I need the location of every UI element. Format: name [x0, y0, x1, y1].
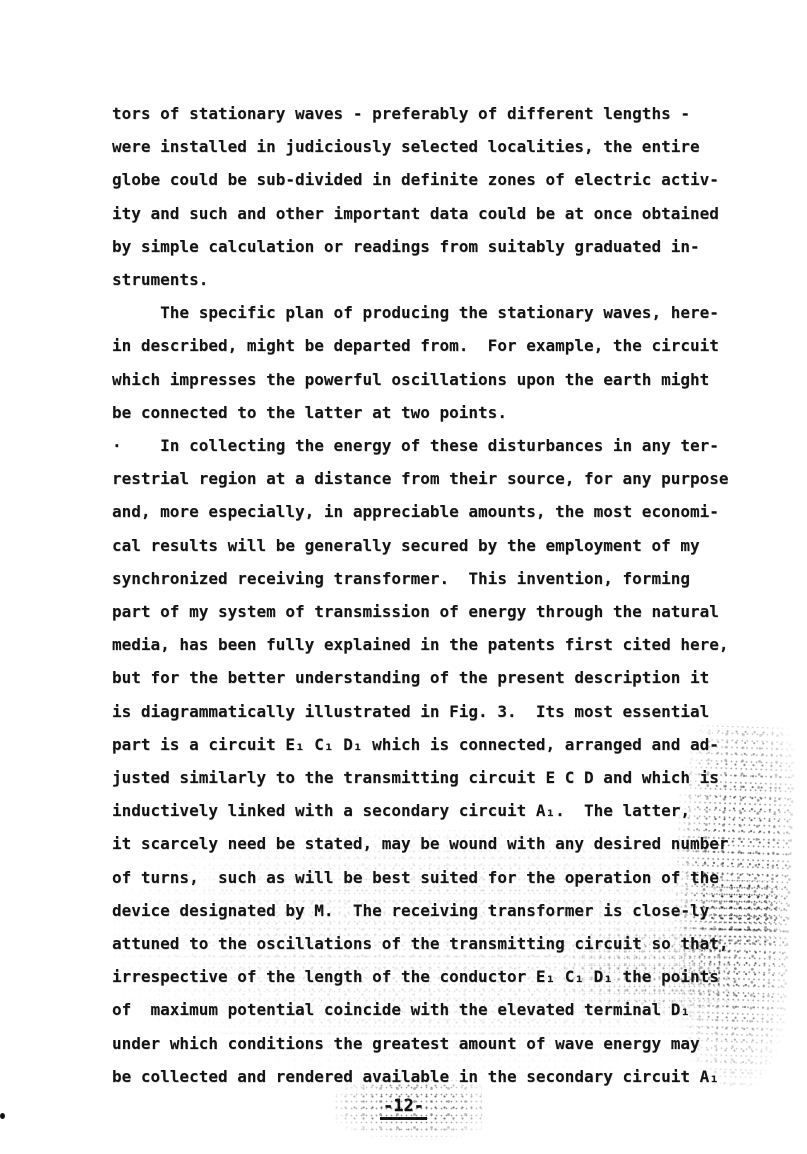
document-page: tors of stationary waves - preferably of…	[0, 0, 807, 1154]
text-line: media, has been fully explained in the p…	[112, 628, 772, 661]
text-line: device designated by M. The receiving tr…	[112, 894, 772, 927]
text-line: in described, might be departed from. Fo…	[112, 329, 772, 362]
text-line: tors of stationary waves - preferably of…	[112, 97, 772, 130]
text-line: part is a circuit E₁ C₁ D₁ which is conn…	[112, 728, 772, 761]
text-line: be collected and rendered available in t…	[112, 1060, 772, 1093]
text-line: restrial region at a distance from their…	[112, 462, 772, 495]
text-line: and, more especially, in appreciable amo…	[112, 495, 772, 528]
text-line: be connected to the latter at two points…	[112, 396, 772, 429]
text-line: which impresses the powerful oscillation…	[112, 363, 772, 396]
text-line: it scarcely need be stated, may be wound…	[112, 827, 772, 860]
text-line: justed similarly to the transmitting cir…	[112, 761, 772, 794]
text-line: is diagrammatically illustrated in Fig. …	[112, 695, 772, 728]
text-line: The specific plan of producing the stati…	[112, 296, 772, 329]
text-line: synchronized receiving transformer. This…	[112, 562, 772, 595]
page-number: -12-	[380, 1096, 427, 1120]
text-line: by simple calculation or readings from s…	[112, 230, 772, 263]
text-line: attuned to the oscillations of the trans…	[112, 927, 772, 960]
text-line: inductively linked with a secondary circ…	[112, 794, 772, 827]
text-line: globe could be sub-divided in definite z…	[112, 163, 772, 196]
text-line: of turns, such as will be best suited fo…	[112, 861, 772, 894]
text-line: of maximum potential coincide with the e…	[112, 993, 772, 1026]
text-line: ity and such and other important data co…	[112, 197, 772, 230]
text-line: · In collecting the energy of these dist…	[112, 429, 772, 462]
text-line: part of my system of transmission of ene…	[112, 595, 772, 628]
text-line: under which conditions the greatest amou…	[112, 1027, 772, 1060]
text-line: irrespective of the length of the conduc…	[112, 960, 772, 993]
text-line: struments.	[112, 263, 772, 296]
typewritten-text-block: tors of stationary waves - preferably of…	[112, 97, 772, 1093]
text-line: were installed in judiciously selected l…	[112, 130, 772, 163]
scan-speck	[0, 1113, 5, 1119]
text-line: cal results will be generally secured by…	[112, 529, 772, 562]
page-footer: -12-	[0, 1096, 807, 1120]
text-line: but for the better understanding of the …	[112, 661, 772, 694]
